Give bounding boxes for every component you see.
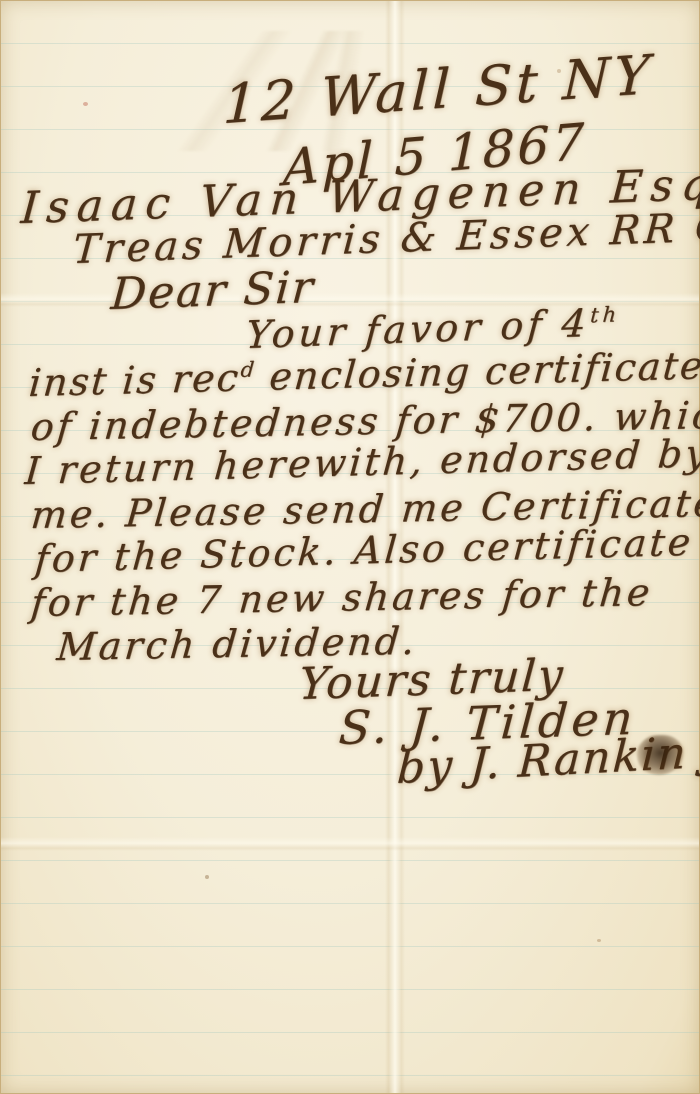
fold-crease-horizontal-lower <box>1 837 699 851</box>
body-text: inst is rec <box>27 355 242 405</box>
letter-scan: 12 Wall St NY Apl 5 1867 Isaac Van Wagen… <box>0 0 700 1094</box>
paper-speck <box>205 875 209 879</box>
paper-speck <box>83 102 88 106</box>
superscript-text: th <box>589 302 621 327</box>
paper-sheet: 12 Wall St NY Apl 5 1867 Isaac Van Wagen… <box>0 0 700 1094</box>
paper-speck <box>597 939 601 942</box>
